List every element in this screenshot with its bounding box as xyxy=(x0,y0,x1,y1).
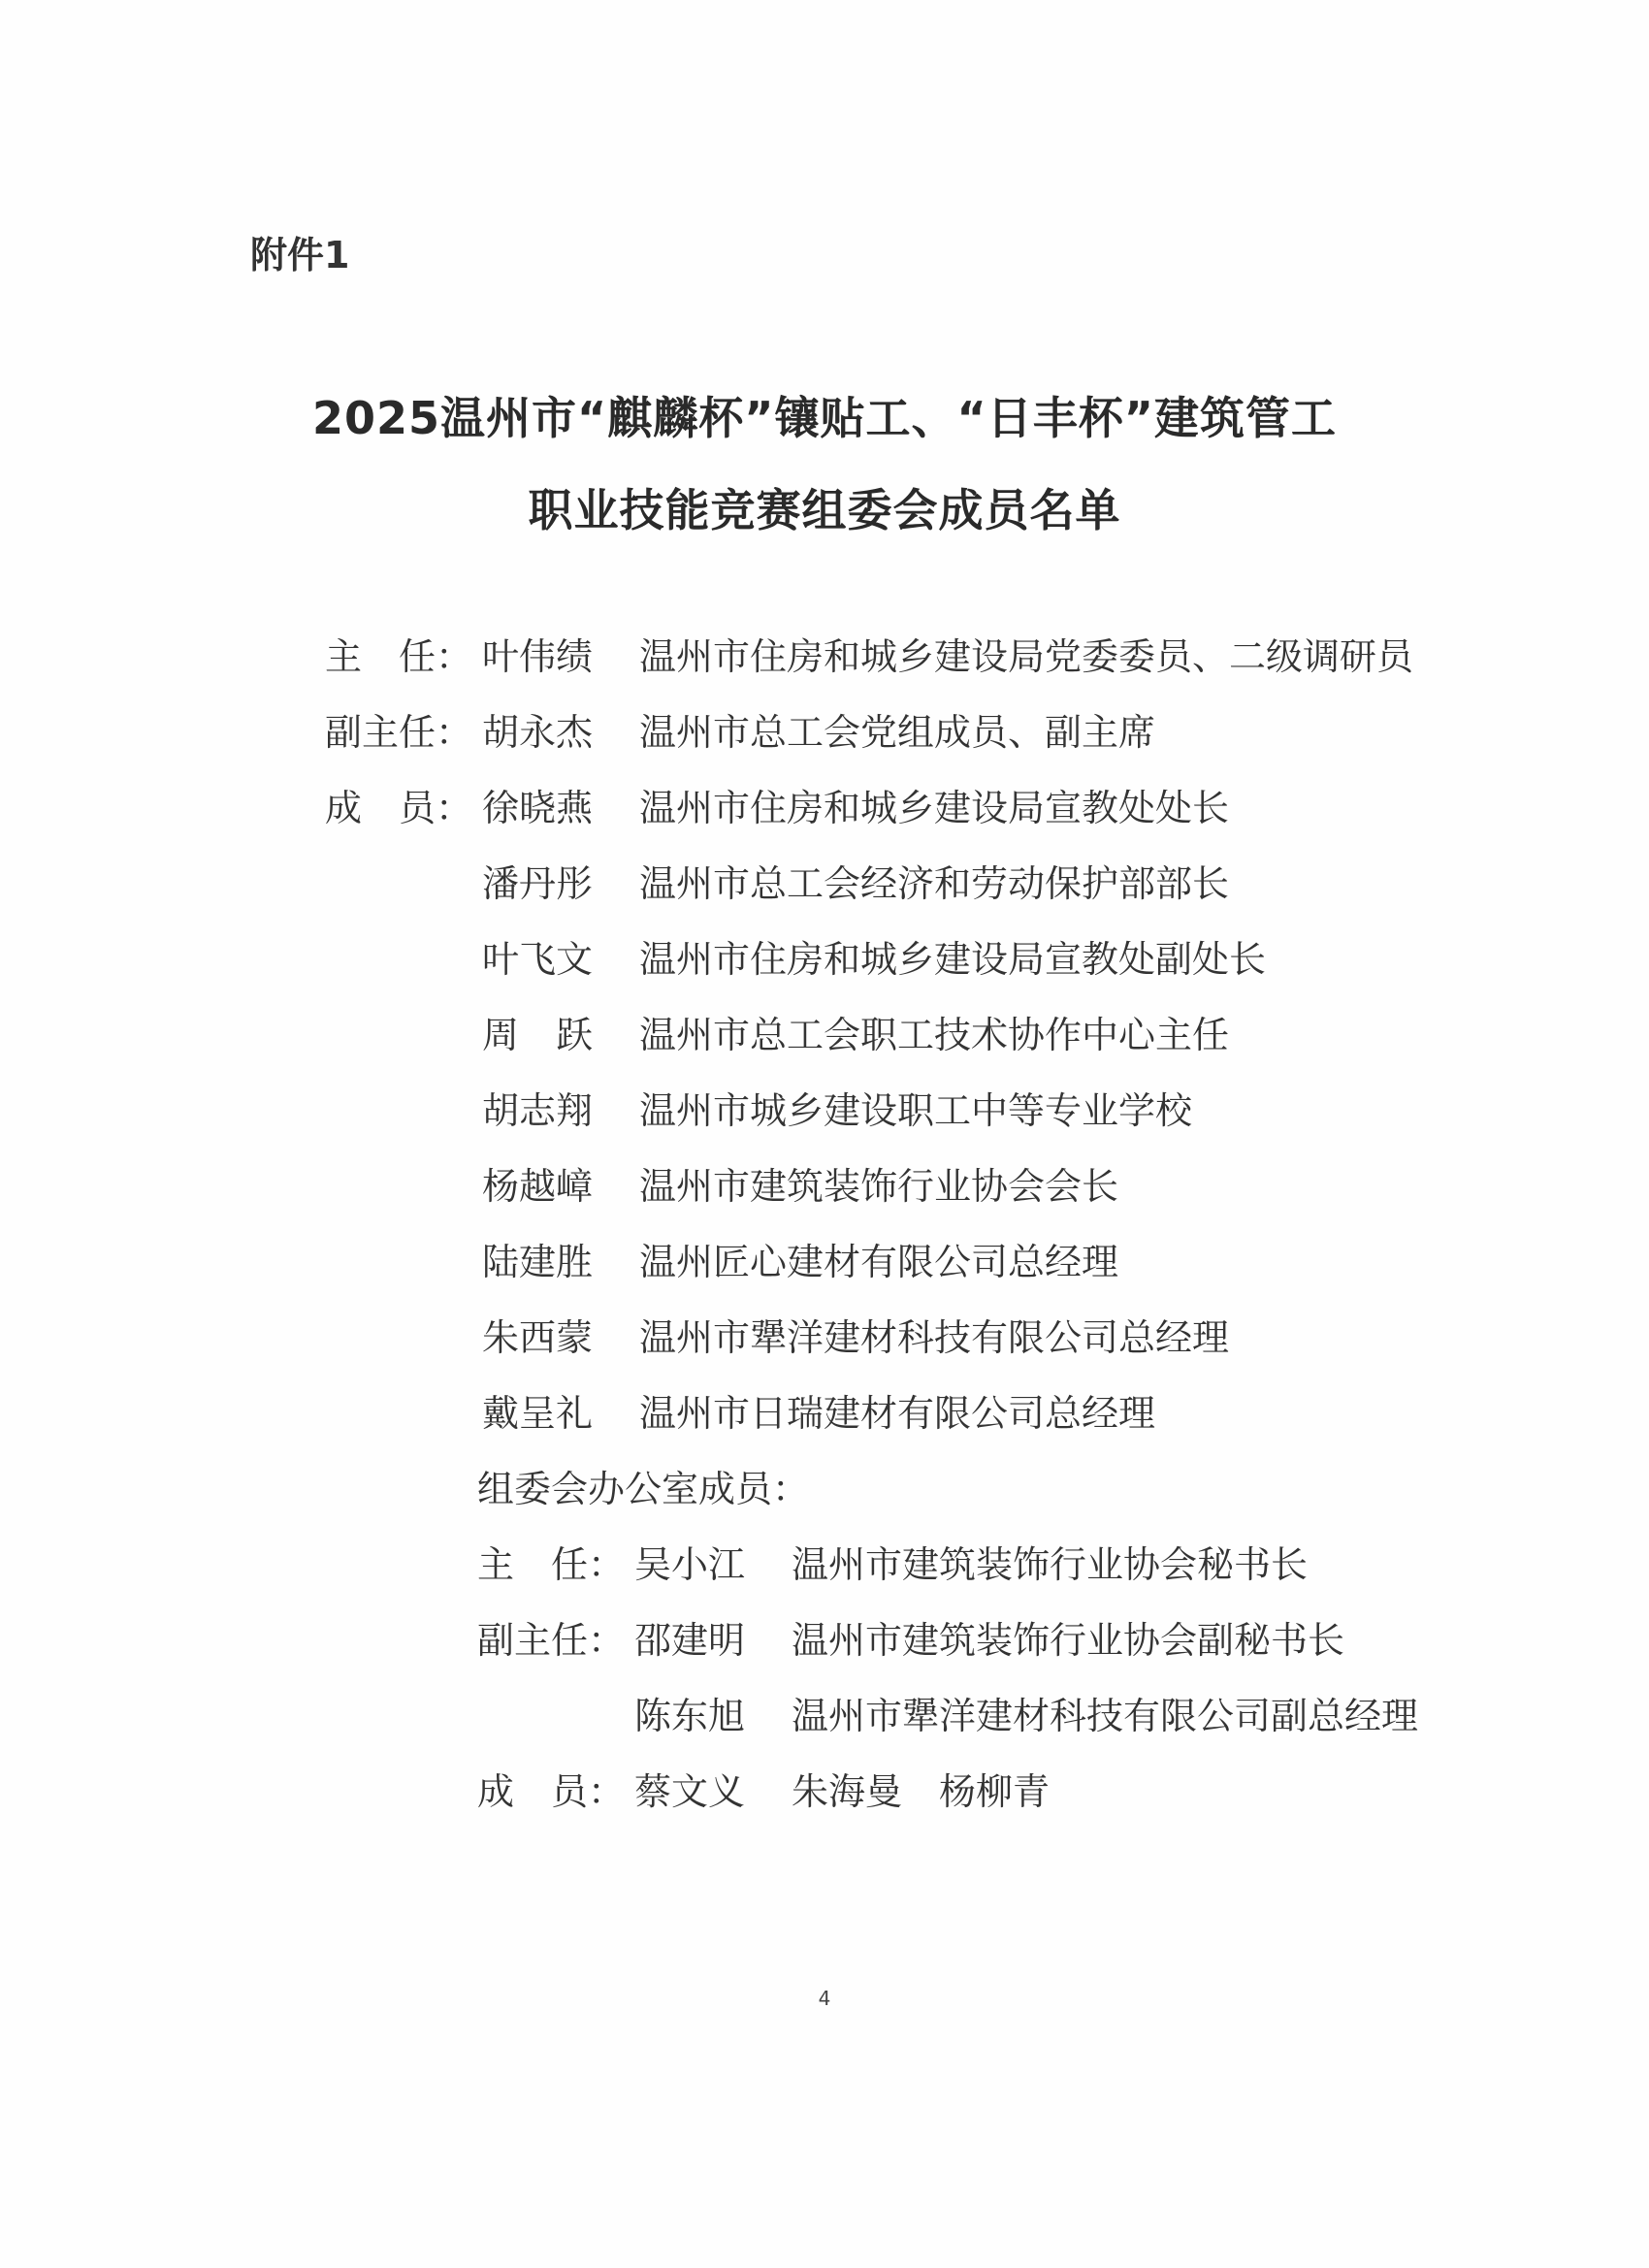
role-label: 主 任： xyxy=(477,1543,634,1586)
member-name: 胡志翔 xyxy=(482,1089,639,1132)
role-label: 副主任： xyxy=(325,711,482,754)
role-label: 主 任： xyxy=(325,635,482,678)
member-name: 胡永杰 xyxy=(482,711,639,754)
committee-row: 成 员：徐晓燕温州市住房和城乡建设局宣教处处长 xyxy=(325,787,1229,829)
committee-row: 戴呈礼温州市日瑞建材有限公司总经理 xyxy=(325,1392,1155,1435)
committee-row: 陆建胜温州匠心建材有限公司总经理 xyxy=(325,1241,1118,1283)
committee-row: 胡志翔温州市城乡建设职工中等专业学校 xyxy=(325,1089,1192,1132)
committee-row: 周 跃温州市总工会职工技术协作中心主任 xyxy=(325,1014,1229,1056)
member-name: 邵建明 xyxy=(634,1619,792,1662)
document-page: 附件1 2025温州市“麒麟杯”镶贴工、“日丰杯”建筑管工 职业技能竞赛组委会成… xyxy=(0,0,1649,2268)
committee-row: 主 任：叶伟绩温州市住房和城乡建设局党委委员、二级调研员 xyxy=(325,635,1413,678)
committee-row: 叶飞文温州市住房和城乡建设局宣教处副处长 xyxy=(325,938,1266,981)
member-name: 潘丹彤 xyxy=(482,862,639,905)
member-org: 温州市建筑装饰行业协会副秘书长 xyxy=(792,1619,1344,1662)
member-name: 陆建胜 xyxy=(482,1241,639,1283)
member-others: 朱海曼 杨柳青 xyxy=(792,1770,1050,1813)
committee-row: 副主任：胡永杰温州市总工会党组成员、副主席 xyxy=(325,711,1155,754)
member-org: 温州市城乡建设职工中等专业学校 xyxy=(639,1089,1192,1132)
member-org: 温州市总工会职工技术协作中心主任 xyxy=(639,1014,1229,1056)
member-org: 温州市犟洋建材科技有限公司副总经理 xyxy=(792,1695,1418,1737)
member-name: 叶飞文 xyxy=(482,938,639,981)
member-name: 陈东旭 xyxy=(634,1695,792,1737)
office-row: 成 员：蔡文义朱海曼 杨柳青 xyxy=(477,1770,1050,1813)
member-name: 蔡文义 xyxy=(634,1770,792,1813)
member-name: 杨越嶂 xyxy=(482,1165,639,1208)
member-org: 温州市犟洋建材科技有限公司总经理 xyxy=(639,1316,1229,1359)
member-name: 叶伟绩 xyxy=(482,635,639,678)
member-org: 温州市建筑装饰行业协会会长 xyxy=(639,1165,1118,1208)
office-row: 主 任：吴小江温州市建筑装饰行业协会秘书长 xyxy=(477,1543,1308,1586)
member-name: 徐晓燕 xyxy=(482,787,639,829)
office-row: 副主任：邵建明温州市建筑装饰行业协会副秘书长 xyxy=(477,1619,1344,1662)
committee-row: 朱西蒙温州市犟洋建材科技有限公司总经理 xyxy=(325,1316,1229,1359)
member-org: 温州市住房和城乡建设局宣教处副处长 xyxy=(639,938,1266,981)
member-org: 温州市住房和城乡建设局党委委员、二级调研员 xyxy=(639,635,1413,678)
role-label: 副主任： xyxy=(477,1619,634,1662)
title-line-2: 职业技能竞赛组委会成员名单 xyxy=(0,475,1649,539)
committee-row: 杨越嶂温州市建筑装饰行业协会会长 xyxy=(325,1165,1118,1208)
member-org: 温州市总工会经济和劳动保护部部长 xyxy=(639,862,1229,905)
member-name: 朱西蒙 xyxy=(482,1316,639,1359)
member-name: 戴呈礼 xyxy=(482,1392,639,1435)
member-org: 温州市住房和城乡建设局宣教处处长 xyxy=(639,787,1229,829)
member-name: 周 跃 xyxy=(482,1014,639,1056)
member-org: 温州市建筑装饰行业协会秘书长 xyxy=(792,1543,1308,1586)
member-org: 温州市日瑞建材有限公司总经理 xyxy=(639,1392,1155,1435)
member-org: 温州市总工会党组成员、副主席 xyxy=(639,711,1155,754)
office-heading: 组委会办公室成员： xyxy=(477,1468,809,1510)
member-name: 吴小江 xyxy=(634,1543,792,1586)
member-org: 温州匠心建材有限公司总经理 xyxy=(639,1241,1118,1283)
role-label: 成 员： xyxy=(477,1770,634,1813)
page-number: 4 xyxy=(0,1987,1649,2010)
title-line-1: 2025温州市“麒麟杯”镶贴工、“日丰杯”建筑管工 xyxy=(0,383,1649,447)
attachment-label: 附件1 xyxy=(250,225,349,278)
office-row: 陈东旭温州市犟洋建材科技有限公司副总经理 xyxy=(477,1695,1418,1737)
role-label: 成 员： xyxy=(325,787,482,829)
committee-row: 潘丹彤温州市总工会经济和劳动保护部部长 xyxy=(325,862,1229,905)
